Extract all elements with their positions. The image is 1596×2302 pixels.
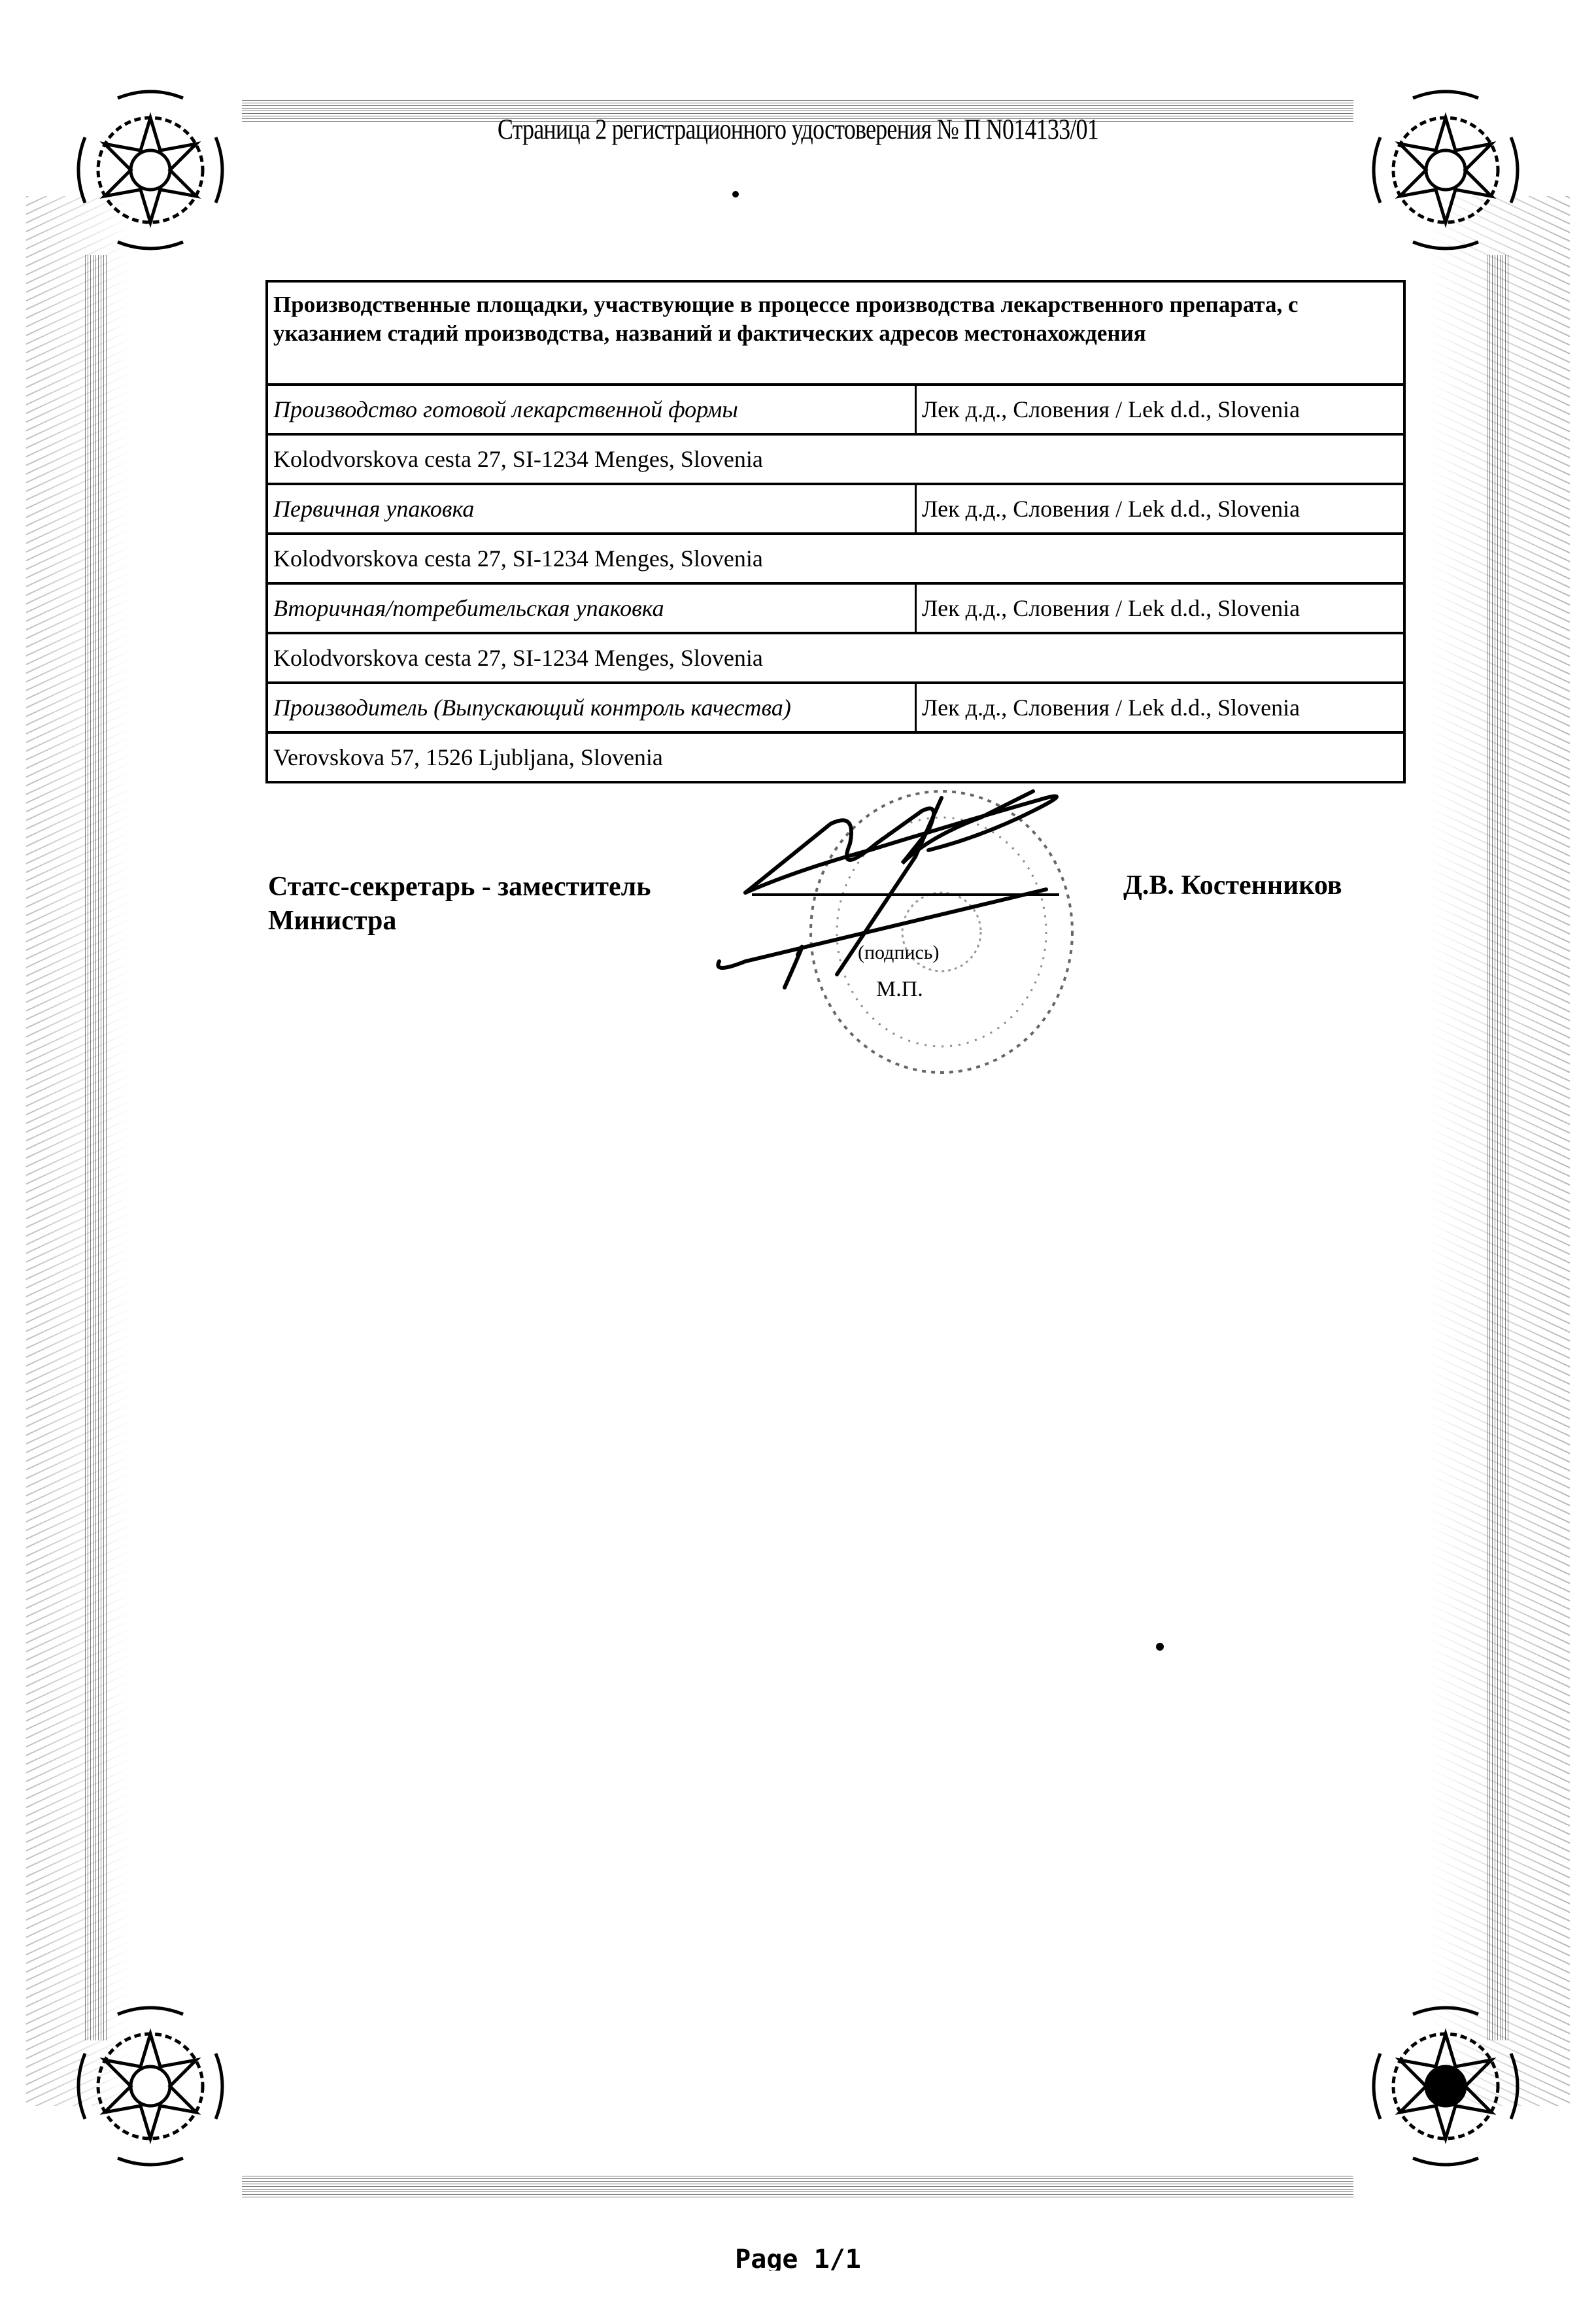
corner-rosette-icon xyxy=(72,85,229,255)
table-row: Производство готовой лекарственной формы… xyxy=(268,383,1403,433)
address-cell: Verovskova 57, 1526 Ljubljana, Slovenia xyxy=(268,734,1403,781)
table-row: Kolodvorskova cesta 27, SI-1234 Menges, … xyxy=(268,532,1403,582)
stage-cell: Производство готовой лекарственной формы xyxy=(268,386,917,433)
corner-rosette-icon xyxy=(1367,2001,1524,2171)
company-cell: Лек д.д., Словения / Lek d.d., Slovenia xyxy=(917,585,1403,632)
manufacturing-sites-table: Производственные площадки, участвующие в… xyxy=(265,280,1406,783)
company-cell: Лек д.д., Словения / Lek d.d., Slovenia xyxy=(917,485,1403,532)
company-cell: Лек д.д., Словения / Lek d.d., Slovenia xyxy=(917,386,1403,433)
corner-rosette-icon xyxy=(72,2001,229,2171)
page-footer: Page 1/1 xyxy=(0,2244,1596,2271)
address-cell: Kolodvorskova cesta 27, SI-1234 Menges, … xyxy=(268,634,1403,681)
stage-cell: Производитель (Выпускающий контроль каче… xyxy=(268,684,917,731)
table-row: Verovskova 57, 1526 Ljubljana, Slovenia xyxy=(268,731,1403,781)
corner-rosette-icon xyxy=(1367,85,1524,255)
stage-cell: Вторичная/потребительская упаковка xyxy=(268,585,917,632)
table-row: Kolodvorskova cesta 27, SI-1234 Menges, … xyxy=(268,632,1403,681)
table-row: Производитель (Выпускающий контроль каче… xyxy=(268,681,1403,731)
table-header-row: Производственные площадки, участвующие в… xyxy=(268,283,1403,383)
table-row: Вторичная/потребительская упаковка Лек д… xyxy=(268,582,1403,632)
stage-cell: Первичная упаковка xyxy=(268,485,917,532)
company-cell: Лек д.д., Словения / Lek d.d., Slovenia xyxy=(917,684,1403,731)
table-title: Производственные площадки, участвующие в… xyxy=(268,283,1403,383)
address-cell: Kolodvorskova cesta 27, SI-1234 Menges, … xyxy=(268,535,1403,582)
table-row: Первичная упаковка Лек д.д., Словения / … xyxy=(268,483,1403,532)
table-row: Kolodvorskova cesta 27, SI-1234 Menges, … xyxy=(268,433,1403,483)
scan-speck xyxy=(732,191,739,198)
address-cell: Kolodvorskova cesta 27, SI-1234 Menges, … xyxy=(268,436,1403,483)
page-header: Страница 2 регистрационного удостоверени… xyxy=(144,112,1453,146)
guilloche-pattern-right xyxy=(1426,196,1570,2106)
border-band-bottom xyxy=(242,2174,1353,2197)
scan-speck xyxy=(1156,1643,1164,1651)
guilloche-pattern-left xyxy=(26,196,131,2106)
